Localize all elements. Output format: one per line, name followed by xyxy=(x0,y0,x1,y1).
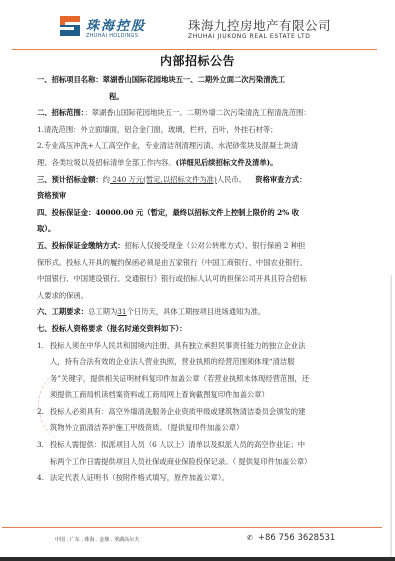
section-1-text-cont: 程。 xyxy=(109,92,124,101)
requirement-text: 投标人需提供：拟派项目人员（6 人以上）清单以及拟派人员的高空作业证；中标两个工… xyxy=(50,440,311,466)
requirement-item: 4.法定代表人证明书（按附件格式填写，原件加盖公章）。 xyxy=(37,470,312,487)
section-1-label: 一、招标项目名称： xyxy=(37,75,103,84)
section-4: 四、投标保证金：40000.00 元（暂定，最终以招标文件上控制上限价的 2% … xyxy=(37,205,312,238)
requirement-number: 4. xyxy=(37,470,44,487)
section-7: 七、投标人资格要求（报名时递交资料如下）： xyxy=(37,321,312,338)
logo-english-name: ZHUHAI HOLDINGS xyxy=(86,33,138,39)
section-1: 一、招标项目名称：翠湖香山国际花园地块五一、二期外立面二次污染清洗工 xyxy=(37,72,312,89)
page-title: 内部招标公告 xyxy=(0,52,395,69)
requirement-text: 投标人必须具有：高空外墙清洗服务企业资质甲级或建筑物清洁委员会颁发的建筑物外立面… xyxy=(50,407,305,433)
requirement-item: 2.投标人必须具有：高空外墙清洗服务企业资质甲级或建筑物清洁委员会颁发的建筑物外… xyxy=(37,404,312,437)
requirement-text: 投标人须在中华人民共和国境内注册、具有独立承担民事责任能力的独立企业法人，持有合… xyxy=(50,341,309,400)
section-2-text-b-bold: (详细见后续招标文件及清单)。 xyxy=(176,158,278,167)
document-page: 珠海控股 ZHUHAI HOLDINGS 珠海九控房地产有限公司 ZHUHAI … xyxy=(0,0,395,557)
letterhead: 珠海控股 ZHUHAI HOLDINGS 珠海九控房地产有限公司 ZHUHAI … xyxy=(0,0,395,50)
viewer-bottom-bar xyxy=(0,557,395,561)
requirement-number: 1. xyxy=(37,338,44,355)
section-1-cont: 程。 xyxy=(37,89,312,106)
requirement-number: 2. xyxy=(37,404,44,421)
section-3-suffix: 人民币。 xyxy=(217,175,246,184)
header-divider xyxy=(12,49,377,50)
section-6-prefix: 总工期为 xyxy=(88,307,117,316)
requirement-text: 法定代表人证明书（按附件格式填写，原件加盖公章）。 xyxy=(50,473,229,482)
section-5: 五、投标保证金缴纳方式：招标人仅接受现金（公对公转账方式）、银行保函 2 种担保… xyxy=(37,238,312,304)
section-7-label: 七、投标人资格要求（报名时递交资料如下）： xyxy=(37,324,187,333)
section-3: 三、预计招标金额：约 240 万元(暂定,以招标文件为准)人民币。 资格审查方式… xyxy=(37,172,312,205)
company-name-en: ZHUHAI JIUKONG REAL ESTATE LTD xyxy=(188,33,311,40)
section-3-prefix: 约 xyxy=(103,175,110,184)
company-name-cn: 珠海九控房地产有限公司 xyxy=(188,16,331,34)
section-6-label: 六、工期要求： xyxy=(37,307,88,316)
section-6-suffix: 个日历天，具体工期按项目进场通知为准。 xyxy=(127,307,266,316)
announcement-body: 一、招标项目名称：翠湖香山国际花园地块五一、二期外立面二次污染清洗工 程。 二、… xyxy=(37,72,312,487)
review-method-value: 资格预审 xyxy=(37,191,66,200)
review-method-label: 资格审查方式： xyxy=(255,175,306,184)
section-1-text: 翠湖香山国际花园地块五一、二期外立面二次污染清洗工 xyxy=(103,75,285,84)
estimated-amount: 240 万元(暂定,以招标文件为准) xyxy=(110,175,217,184)
requirement-number: 3. xyxy=(37,437,44,454)
logo-chinese-name: 珠海控股 xyxy=(86,15,146,34)
duration-days: 31 xyxy=(117,307,126,316)
requirement-item: 3.投标人需提供：拟派项目人员（6 人以上）清单以及拟派人员的高空作业证；中标两… xyxy=(37,437,312,470)
section-3-label: 三、预计招标金额： xyxy=(37,175,103,184)
footer-phone: ✆+86 756 3628531 xyxy=(247,533,335,543)
phone-number: +86 756 3628531 xyxy=(258,533,335,543)
section-2-label: 二、招标范围： xyxy=(37,108,84,117)
page-edge-shadow xyxy=(390,275,392,557)
footer-address: 中国 . 广东 . 珠海 . 金鼎 . 翠湖高尔夫 xyxy=(55,536,139,543)
footer-divider xyxy=(2,527,382,528)
zhuhai-holdings-logo-icon xyxy=(60,16,80,36)
section-5-label: 五、投标保证金缴纳方式： xyxy=(37,241,125,250)
section-2: 二、招标范围：：翠湖香山国际花园地块五一、二期外墙二次污染清洗工程清洗范围：1.… xyxy=(37,105,312,138)
section-2-b: 2.专业高压冲洗+人工高空作业，专业清洁剂清理污渍、水泥砂浆块及混凝土块清理、各… xyxy=(37,138,312,171)
requirement-item: 1.投标人须在中华人民共和国境内注册、具有独立承担民事责任能力的独立企业法人，持… xyxy=(37,338,312,404)
section-6: 六、工期要求：总工期为31个日历天，具体工期按项目进场通知为准。 xyxy=(37,304,312,321)
phone-icon: ✆ xyxy=(247,534,253,542)
section-4-label: 四、投标保证金 xyxy=(37,208,88,217)
